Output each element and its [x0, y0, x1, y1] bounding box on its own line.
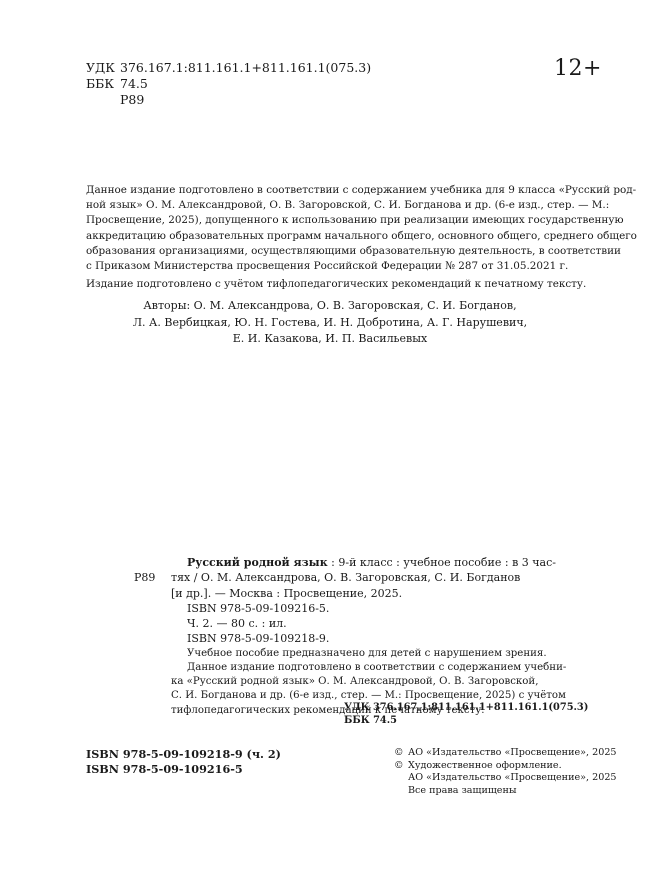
bib-purpose: Учебное пособие предназначено для детей … — [187, 647, 554, 661]
intro-note: Издание подготовлено с учётом тифлопедаг… — [86, 277, 574, 292]
bib-body: Русский родной язык : 9-й класс : учебно… — [187, 555, 554, 718]
copyright-icon: © — [394, 760, 408, 773]
copyright-design: Художественное оформление. — [408, 760, 562, 773]
intro-paragraph: Данное издание подготовлено в соответств… — [86, 183, 574, 292]
isbn-block: ISBN 978-5-09-109218-9 (ч. 2) ISBN 978-5… — [86, 747, 281, 777]
bib-line: тях / О. М. Александрова, О. В. Загоровс… — [171, 570, 554, 585]
bbk-label: ББК — [86, 76, 120, 92]
bib-title-line: Русский родной язык : 9-й класс : учебно… — [187, 555, 554, 570]
udk-label: УДК — [86, 60, 120, 76]
bib-isbn-part: ISBN 978-5-09-109218-9. — [187, 631, 554, 646]
authors-line: Авторы: О. М. Александрова, О. В. Загоро… — [86, 298, 574, 315]
intro-line: с Приказом Министерства просвещения Росс… — [86, 259, 574, 274]
bib-author-mark: Р89 — [134, 570, 155, 585]
bib-bbk: ББК 74.5 — [344, 715, 588, 728]
isbn-line: ISBN 978-5-09-109216-5 — [86, 762, 281, 777]
intro-line: Данное издание подготовлено в соответств… — [86, 183, 574, 198]
age-rating: 12+ — [554, 56, 602, 81]
bib-desc-line: ка «Русский родной язык» О. М. Александр… — [171, 675, 554, 689]
bibliographic-record: Р89 Русский родной язык : 9-й класс : уч… — [84, 555, 554, 718]
intro-line: образования организациями, осуществляющи… — [86, 244, 574, 259]
bbk-value: 74.5 — [120, 76, 148, 92]
classification-block: УДК 376.167.1:811.161.1+811.161.1(075.3)… — [86, 60, 371, 108]
authors-line: Е. И. Казакова, И. П. Васильевых — [86, 331, 574, 348]
isbn-line: ISBN 978-5-09-109218-9 (ч. 2) — [86, 747, 281, 762]
copyright-publisher: АО «Издательство «Просвещение», 2025 — [408, 747, 617, 760]
bib-classification: УДК 376.167.1:811.161.1+811.161.1(075.3)… — [344, 702, 588, 727]
copyright-block: © АО «Издательство «Просвещение», 2025 ©… — [394, 747, 617, 798]
authors-block: Авторы: О. М. Александрова, О. В. Загоро… — [86, 298, 574, 348]
bib-udk: УДК 376.167.1:811.161.1+811.161.1(075.3) — [344, 702, 588, 715]
bib-title: Русский родной язык — [187, 556, 328, 569]
copyright-icon: © — [394, 747, 408, 760]
rights-reserved: Все права защищены — [408, 785, 516, 798]
intro-line: аккредитацию образовательных программ на… — [86, 229, 574, 244]
bib-title-rest: : 9-й класс : учебное пособие : в 3 час- — [328, 556, 556, 569]
bib-line: [и др.]. — Москва : Просвещение, 2025. — [171, 586, 554, 601]
udk-value: 376.167.1:811.161.1+811.161.1(075.3) — [120, 60, 371, 76]
authors-line: Л. А. Вербицкая, Ю. Н. Гостева, И. Н. До… — [86, 315, 574, 332]
intro-line: ной язык» О. М. Александровой, О. В. Заг… — [86, 198, 574, 213]
bib-desc-line: Данное издание подготовлено в соответств… — [187, 661, 554, 675]
bib-isbn-general: ISBN 978-5-09-109216-5. — [187, 601, 554, 616]
copyright-design-publisher: АО «Издательство «Просвещение», 2025 — [408, 772, 617, 785]
bib-part: Ч. 2. — 80 с. : ил. — [187, 616, 554, 631]
intro-line: Просвещение, 2025), допущенного к исполь… — [86, 213, 574, 228]
author-mark: Р89 — [120, 92, 144, 108]
